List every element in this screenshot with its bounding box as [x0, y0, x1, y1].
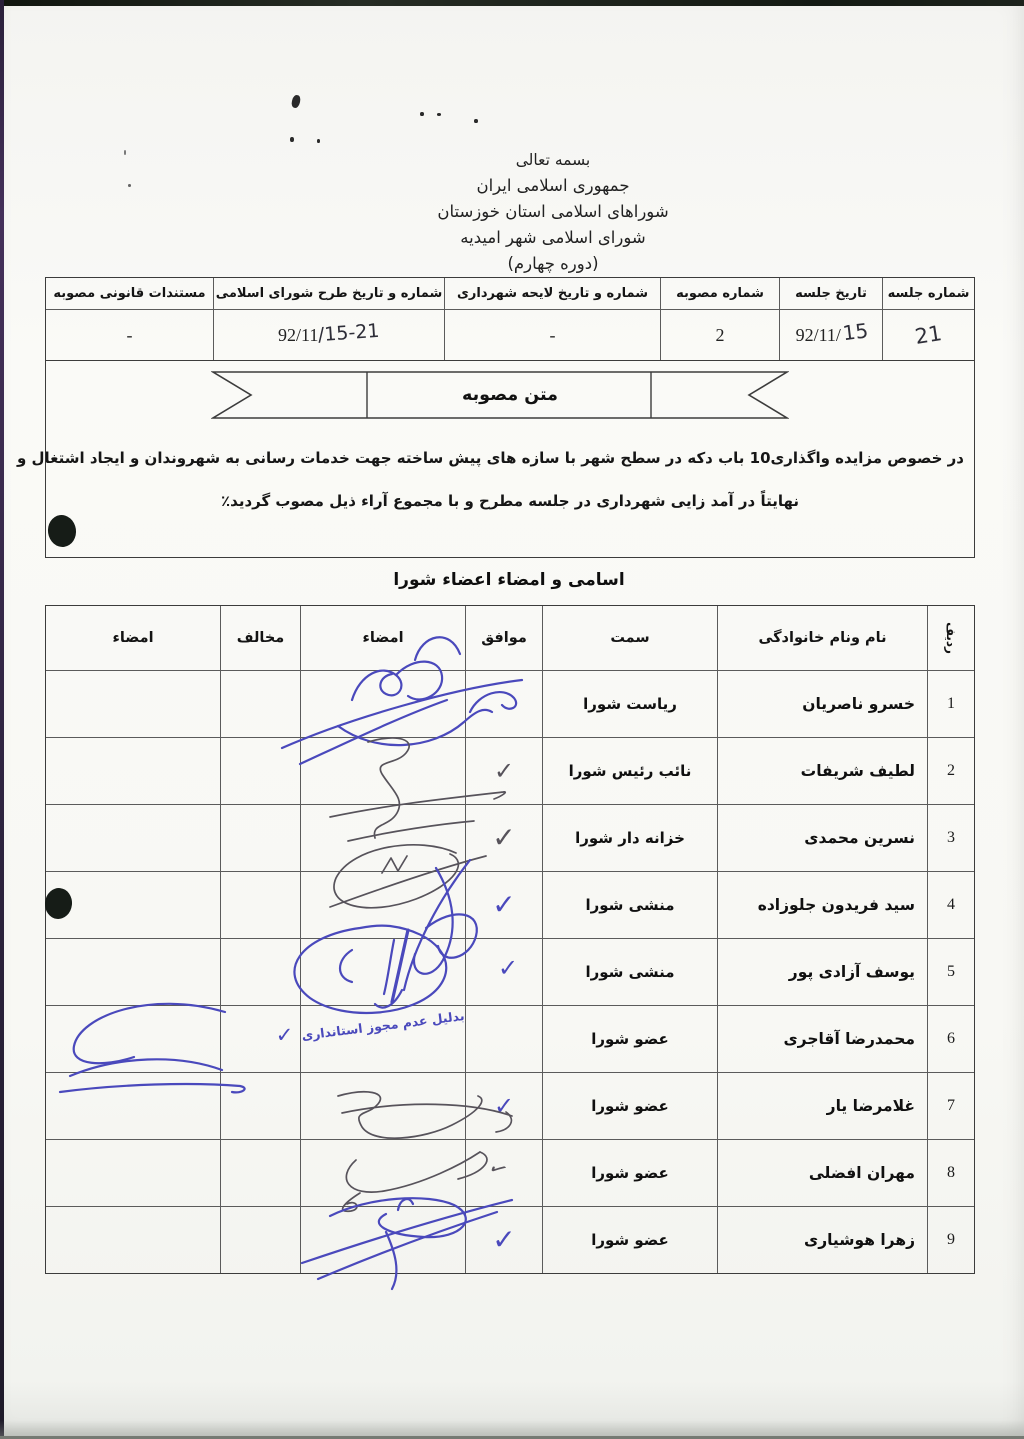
- agree-cell: ✓: [465, 939, 542, 1005]
- oppose-cell: [220, 939, 300, 1005]
- agree-cell: [465, 671, 542, 737]
- member-position: ریاست شورا: [542, 671, 717, 737]
- signature-cell-2: [46, 805, 220, 871]
- signature-cell-2: [46, 1140, 220, 1206]
- scan-speck: [291, 94, 302, 109]
- oppose-cell: ✓: [220, 1006, 300, 1072]
- col-legal-docs: مستندات قانونی مصوبه: [46, 278, 213, 309]
- scan-speck: [317, 139, 320, 143]
- scan-speck: [420, 112, 424, 116]
- col-plan-number-date: شماره و تاریخ طرح شورای اسلامی: [213, 278, 444, 309]
- oppose-cell: [220, 1207, 300, 1273]
- member-position: منشی شورا: [542, 939, 717, 1005]
- col-oppose: مخالف: [220, 606, 300, 670]
- handwritten-note: بدلیل عدم مجوز استانداری: [301, 1008, 466, 1043]
- row-number: 5: [927, 939, 974, 1005]
- member-position: عضو شورا: [542, 1140, 717, 1206]
- scan-edge-left: [0, 0, 4, 1439]
- col-signature-2: امضاء: [46, 606, 220, 670]
- signature-cell: بدلیل عدم مجوز استانداری: [300, 1006, 465, 1072]
- col-signature: امضاء: [300, 606, 465, 670]
- agree-cell: ✓: [465, 1207, 542, 1273]
- table-row: 7 غلامرضا یار عضو شورا ✓: [46, 1072, 974, 1139]
- signature-cell-2: [46, 872, 220, 938]
- row-number: 2: [927, 738, 974, 804]
- row-number: 4: [927, 872, 974, 938]
- session-info-table: شماره جلسه تاریخ جلسه شماره مصوبه شماره …: [45, 277, 975, 361]
- checkmark-icon: ✓: [492, 824, 515, 852]
- handwritten-date: 15: [841, 318, 869, 345]
- col-agree: موافق: [465, 606, 542, 670]
- session-date-value: 92/11/15: [779, 310, 882, 360]
- agree-cell: ✓: [465, 872, 542, 938]
- member-position: نائب رئیس شورا: [542, 738, 717, 804]
- signature-cell: [300, 671, 465, 737]
- checkmark-icon: ✓: [492, 891, 515, 919]
- plan-number-value: 92/11/15-21: [213, 310, 444, 360]
- signature-cell-2: [46, 939, 220, 1005]
- signature-cell-2: [46, 1006, 220, 1072]
- signature-cell: [300, 1140, 465, 1206]
- member-name: نسرین محمدی: [717, 805, 927, 871]
- members-header-row: ردیف نام ونام خانوادگی سمت موافق امضاء م…: [46, 606, 974, 670]
- scan-edge-top: [0, 0, 1024, 6]
- signature-cell: [300, 1073, 465, 1139]
- members-section-title: اسامی و امضاء اعضاء شورا: [45, 570, 973, 590]
- member-name: محمدرضا آقاجری: [717, 1006, 927, 1072]
- member-name: خسرو ناصریان: [717, 671, 927, 737]
- signature-cell: [300, 872, 465, 938]
- checkmark-icon: ✓: [494, 1094, 514, 1118]
- agree-cell: ✓: [465, 805, 542, 871]
- bill-number-value: -: [444, 310, 660, 360]
- members-signature-table: ردیف نام ونام خانوادگی سمت موافق امضاء م…: [45, 605, 975, 1274]
- member-position: عضو شورا: [542, 1006, 717, 1072]
- letterhead-line: جمهوری اسلامی ایران: [437, 173, 668, 199]
- row-number: 8: [927, 1140, 974, 1206]
- signature-cell: [300, 1207, 465, 1273]
- oppose-cell: [220, 872, 300, 938]
- member-name: مهران افضلی: [717, 1140, 927, 1206]
- resolution-line: در خصوص مزایده واگذاری10 باب دکه در سطح …: [56, 437, 964, 480]
- oppose-cell: [220, 805, 300, 871]
- scan-speck: [474, 119, 478, 123]
- handwritten-date: /15-21: [318, 320, 381, 346]
- letterhead-line: شوراهای اسلامی استان خوزستان: [437, 199, 668, 225]
- member-name: سید فریدون جلوزاده: [717, 872, 927, 938]
- checkmark-icon: ✓: [494, 759, 514, 783]
- row-number: 3: [927, 805, 974, 871]
- letterhead: بسمه تعالی جمهوری اسلامی ایران شوراهای ا…: [437, 147, 668, 277]
- scan-speck: [437, 113, 441, 116]
- oppose-cell: [220, 671, 300, 737]
- letterhead-line: (دوره چهارم): [437, 251, 668, 277]
- agree-cell: ✓: [465, 738, 542, 804]
- scan-speck: [290, 137, 294, 142]
- resolution-text: در خصوص مزایده واگذاری10 باب دکه در سطح …: [56, 437, 964, 523]
- table-row: 1 خسرو ناصریان ریاست شورا: [46, 670, 974, 737]
- col-session-date: تاریخ جلسه: [779, 278, 882, 309]
- oppose-cell: [220, 1140, 300, 1206]
- table-row: 8 مهران افضلی عضو شورا ✓: [46, 1139, 974, 1206]
- member-name: زهرا هوشیاری: [717, 1207, 927, 1273]
- table-row: 2 لطیف شریفات نائب رئیس شورا ✓: [46, 737, 974, 804]
- col-resolution-number: شماره مصوبه: [660, 278, 779, 309]
- signature-cell-2: [46, 738, 220, 804]
- member-position: عضو شورا: [542, 1207, 717, 1273]
- table-row: 5 یوسف آزادی پور منشی شورا ✓: [46, 938, 974, 1005]
- checkmark-icon: ✓: [492, 1226, 515, 1254]
- letterhead-line: شورای اسلامی شهر امیدیه: [437, 225, 668, 251]
- signature-cell-2: [46, 1073, 220, 1139]
- agree-cell: ✓: [465, 1073, 542, 1139]
- member-position: خزانه دار شورا: [542, 805, 717, 871]
- legal-docs-value: -: [46, 310, 213, 360]
- table-row: 9 زهرا هوشیاری عضو شورا ✓: [46, 1206, 974, 1273]
- scan-speck: [124, 150, 126, 155]
- member-name: غلامرضا یار: [717, 1073, 927, 1139]
- col-position: سمت: [542, 606, 717, 670]
- signature-cell: [300, 738, 465, 804]
- member-position: منشی شورا: [542, 872, 717, 938]
- table-row: 3 نسرین محمدی خزانه دار شورا ✓: [46, 804, 974, 871]
- info-header-row: شماره جلسه تاریخ جلسه شماره مصوبه شماره …: [46, 278, 974, 309]
- scan-shadow-bottom: [0, 1420, 1024, 1436]
- member-name: یوسف آزادی پور: [717, 939, 927, 1005]
- table-row: 4 سید فریدون جلوزاده منشی شورا ✓: [46, 871, 974, 938]
- signature-cell-2: [46, 671, 220, 737]
- table-row: 6 محمدرضا آقاجری عضو شورا بدلیل عدم مجوز…: [46, 1005, 974, 1072]
- checkmark-icon: ✓: [276, 1025, 294, 1046]
- checkmark-icon: ✓: [485, 1155, 512, 1182]
- printed-date: 92/11/: [796, 325, 841, 346]
- col-bill-number-date: شماره و تاریخ لایحه شهرداری: [444, 278, 660, 309]
- agree-cell: [465, 1006, 542, 1072]
- info-value-row: 21 92/11/15 2 - 92/11/15-21 -: [46, 309, 974, 360]
- member-position: عضو شورا: [542, 1073, 717, 1139]
- resolution-number-value: 2: [660, 310, 779, 360]
- letterhead-line: بسمه تعالی: [437, 147, 668, 173]
- resolution-line: نهایتاً در آمد زایی شهرداری در جلسه مطرح…: [56, 480, 964, 523]
- col-row-number: ردیف: [927, 606, 974, 670]
- oppose-cell: [220, 738, 300, 804]
- oppose-cell: [220, 1073, 300, 1139]
- signature-cell-2: [46, 1207, 220, 1273]
- printed-date: 92/11: [278, 325, 318, 346]
- row-number: 6: [927, 1006, 974, 1072]
- resolution-box: متن مصوبه در خصوص مزایده واگذاری10 باب د…: [45, 360, 975, 558]
- row-number: 7: [927, 1073, 974, 1139]
- col-full-name: نام ونام خانوادگی: [717, 606, 927, 670]
- banner-title: متن مصوبه: [368, 369, 652, 421]
- checkmark-icon: ✓: [498, 956, 518, 980]
- scanned-council-resolution: بسمه تعالی جمهوری اسلامی ایران شوراهای ا…: [0, 0, 1024, 1439]
- rotated-label: ردیف: [944, 622, 958, 654]
- scan-speck: [128, 184, 131, 187]
- handwritten-number: 21: [913, 321, 943, 349]
- member-name: لطیف شریفات: [717, 738, 927, 804]
- signature-cell: [300, 805, 465, 871]
- signature-cell: [300, 939, 465, 1005]
- row-number: 1: [927, 671, 974, 737]
- agree-cell: ✓: [465, 1140, 542, 1206]
- row-number: 9: [927, 1207, 974, 1273]
- col-session-number: شماره جلسه: [882, 278, 974, 309]
- session-number-value: 21: [882, 310, 974, 360]
